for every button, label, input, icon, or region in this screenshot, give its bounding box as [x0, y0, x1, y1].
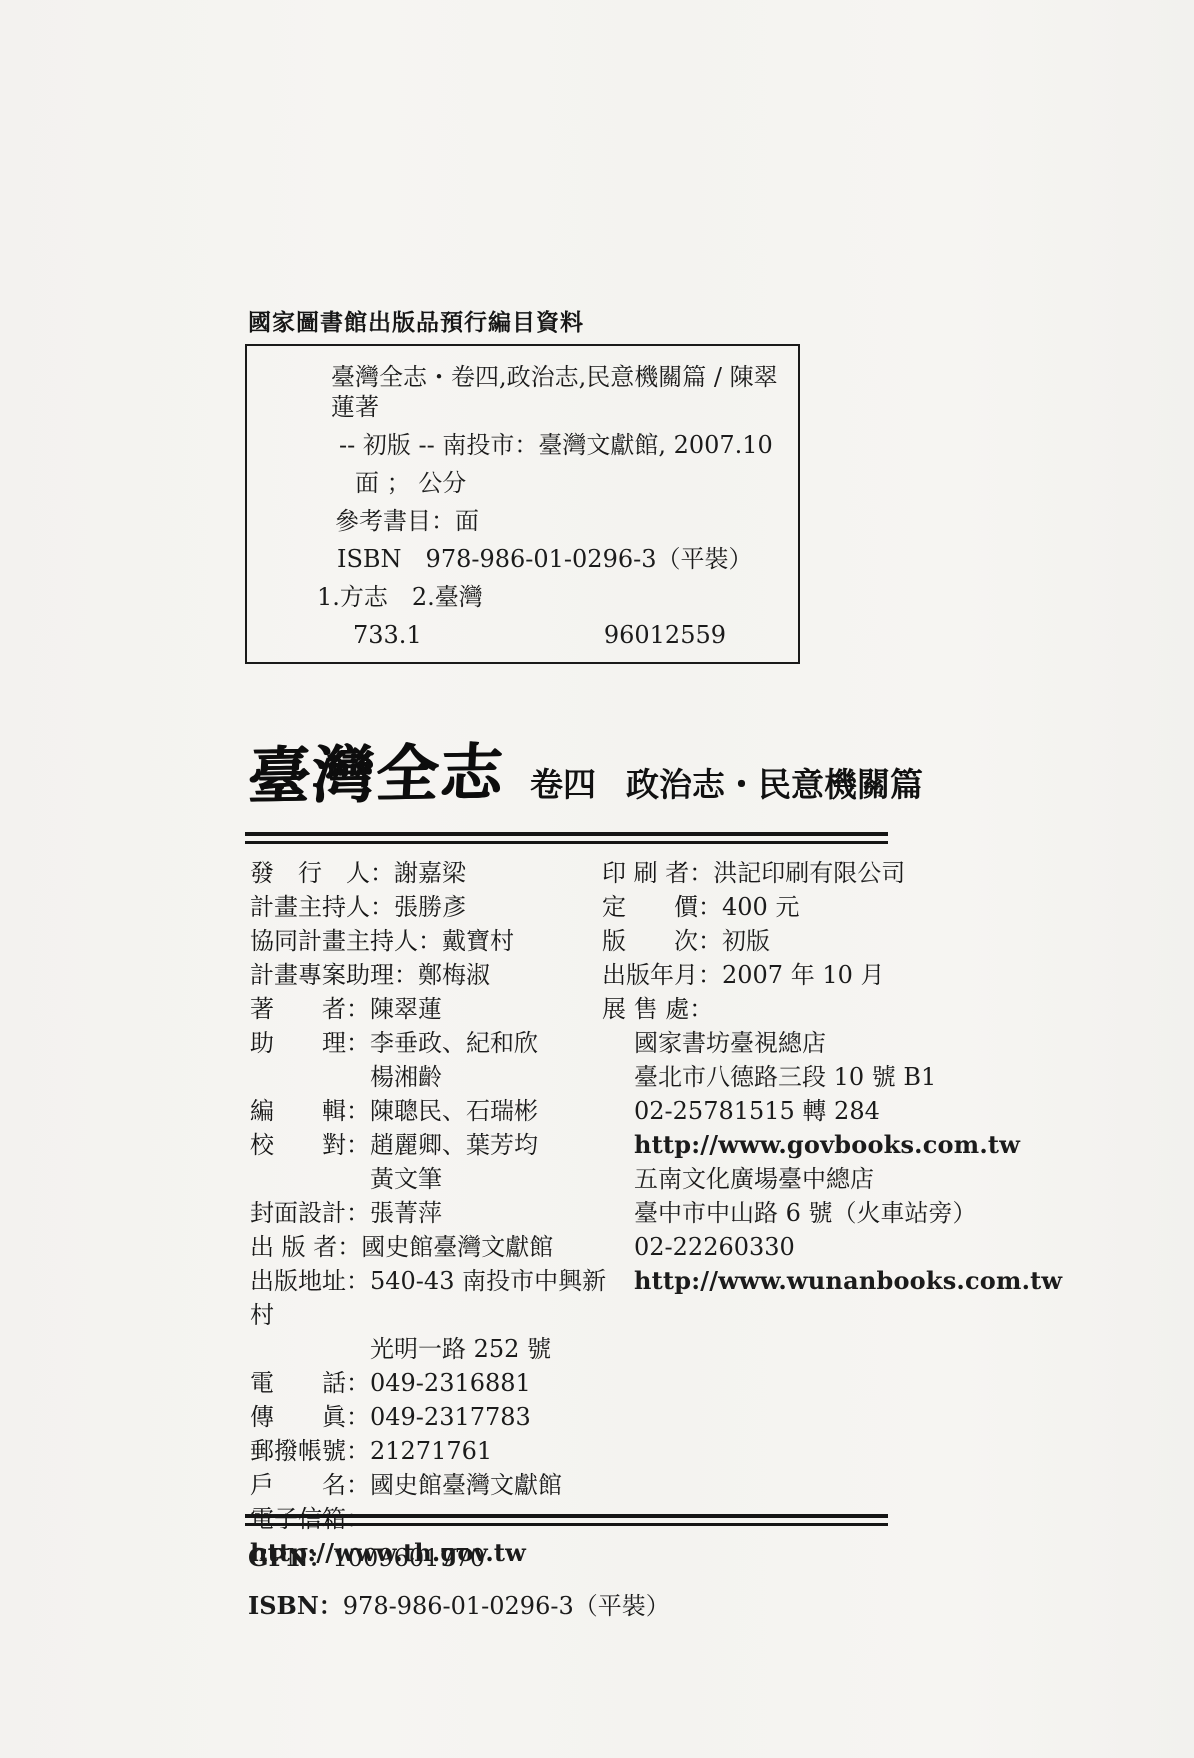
outlet-phone: 02-25781515 轉 284 [602, 1094, 1022, 1128]
colophon-left-column: 發 行 人：謝嘉梁 計畫主持人：張勝彥 協同計畫主持人：戴寶村 計畫專案助理：鄭… [250, 856, 620, 1570]
cip-title-line: 臺灣全志・卷四,政治志,民意機關篇 / 陳翠蓮著 [331, 362, 798, 422]
outlet-url: http://www.wunanbooks.com.tw [602, 1264, 1022, 1298]
cip-subjects-line: 1.方志 2.臺灣 [317, 582, 798, 612]
book-title-calligraphy: 臺灣全志 [246, 734, 506, 816]
row-fax: 傳 眞：049-2317783 [250, 1400, 620, 1434]
cip-record-number: 96012559 [604, 620, 726, 650]
row-postal-account: 郵撥帳號：21271761 [250, 1434, 620, 1468]
double-rule-top [245, 832, 888, 844]
cip-edition-line: -- 初版 -- 南投市：臺灣文獻館, 2007.10 [339, 430, 798, 460]
outlet-address: 臺北市八德路三段 10 號 B1 [602, 1060, 1022, 1094]
row-account-name: 戶 名：國史館臺灣文獻館 [250, 1468, 620, 1502]
row-edition: 版 次：初版 [602, 924, 1022, 958]
row-price: 定 價：400 元 [602, 890, 1022, 924]
cip-physical-line: 面 ； 公分 [355, 468, 798, 498]
row-proofreaders-cont: 黃文筆 [250, 1162, 620, 1196]
row-sales-outlets: 展 售 處： [602, 992, 1022, 1026]
gpn-line: GPN：1009601770 [248, 1534, 670, 1582]
cip-class-row: 733.1 96012559 [353, 620, 798, 650]
row-publisher-address: 出版地址：540-43 南投市中興新村 [250, 1264, 620, 1332]
volume-label: 卷四 [530, 759, 596, 806]
row-publisher-org: 出 版 者：國史館臺灣文獻館 [250, 1230, 620, 1264]
isbn-line: ISBN：978-986-01-0296-3（平裝） [248, 1582, 670, 1630]
cip-heading: 國家圖書館出版品預行編目資料 [248, 304, 584, 337]
outlet-url: http://www.govbooks.com.tw [602, 1128, 1022, 1162]
double-rule-bottom [245, 1514, 888, 1526]
cip-class-number: 733.1 [353, 620, 422, 650]
colophon-right-column: 印 刷 者：洪記印刷有限公司 定 價：400 元 版 次：初版 出版年月：200… [602, 856, 1022, 1298]
outlet-phone: 02-22260330 [602, 1230, 1022, 1264]
row-assistants-cont: 楊湘齡 [250, 1060, 620, 1094]
subtitle-label: 政治志・民意機關篇 [626, 759, 923, 806]
row-author: 著 者：陳翠蓮 [250, 992, 620, 1026]
row-cover-design: 封面設計：張菁萍 [250, 1196, 620, 1230]
cip-biblio-line: 參考書目：面 [335, 506, 798, 536]
book-colophon-page: 國家圖書館出版品預行編目資料 臺灣全志・卷四,政治志,民意機關篇 / 陳翠蓮著 … [0, 0, 1194, 1758]
outlet-name: 五南文化廣場臺中總店 [602, 1162, 1022, 1196]
row-telephone: 電 話：049-2316881 [250, 1366, 620, 1400]
row-editors: 編 輯：陳聰民、石瑞彬 [250, 1094, 620, 1128]
row-assistants: 助 理：李垂政、紀和欣 [250, 1026, 620, 1060]
footer-identifiers: GPN：1009601770 ISBN：978-986-01-0296-3（平裝… [248, 1534, 670, 1630]
row-project-assistant: 計畫專案助理：鄭梅淑 [250, 958, 620, 992]
title-band: 臺灣全志 卷四 政治志・民意機關篇 [248, 736, 923, 814]
cip-box: 臺灣全志・卷四,政治志,民意機關篇 / 陳翠蓮著 -- 初版 -- 南投市：臺灣… [245, 344, 800, 664]
row-printer: 印 刷 者：洪記印刷有限公司 [602, 856, 1022, 890]
row-project-director: 計畫主持人：張勝彥 [250, 890, 620, 924]
row-pub-date: 出版年月：2007 年 10 月 [602, 958, 1022, 992]
outlet-name: 國家書坊臺視總店 [602, 1026, 1022, 1060]
outlet-address: 臺中市中山路 6 號（火車站旁） [602, 1196, 1022, 1230]
row-publisher-person: 發 行 人：謝嘉梁 [250, 856, 620, 890]
volume-subtitle: 卷四 政治志・民意機關篇 [530, 759, 923, 814]
row-proofreaders: 校 對：趙麗卿、葉芳均 [250, 1128, 620, 1162]
row-co-director: 協同計畫主持人：戴寶村 [250, 924, 620, 958]
row-publisher-address-cont: 光明一路 252 號 [250, 1332, 620, 1366]
cip-isbn-line: ISBN 978-986-01-0296-3（平裝） [337, 544, 798, 574]
